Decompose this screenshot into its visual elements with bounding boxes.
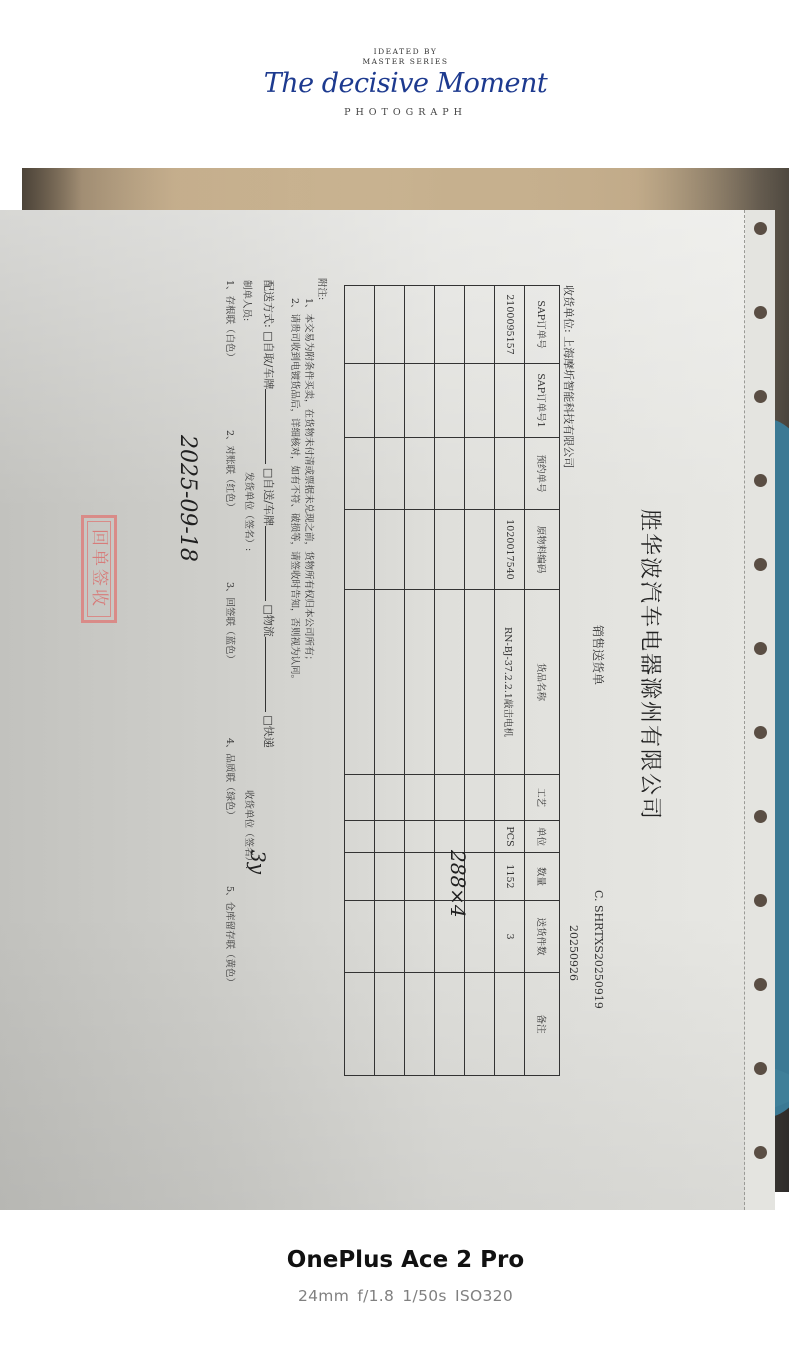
table-cell (465, 438, 495, 510)
copy-5: 5、仓库留存联（黄色） (224, 886, 238, 987)
table-header-cell: 单位 (525, 821, 560, 853)
items-table: SAP订单号SAP订单号1预约单号原物料编码货品名称工艺单位数量送货件数备注 2… (344, 285, 560, 1076)
table-cell (345, 821, 375, 853)
table-cell (465, 775, 495, 821)
table-header-cell: 送货件数 (525, 901, 560, 973)
sprocket-hole (754, 390, 767, 403)
table-cell: 3 (495, 901, 525, 973)
delivery-option-pickup: □自取/车牌 (262, 331, 275, 389)
table-cell (375, 438, 405, 510)
table-cell (345, 973, 375, 1076)
camera-exif: 24mm f/1.8 1/50s ISO320 (0, 1287, 811, 1305)
table-cell (405, 775, 435, 821)
table-row (345, 286, 375, 1076)
table-cell (435, 821, 465, 853)
table-cell (435, 364, 465, 438)
watermark-script-logo: The decisive Moment (0, 68, 811, 100)
table-cell (465, 973, 495, 1076)
table-header-cell: 工艺 (525, 775, 560, 821)
notes-label: 附注: (316, 278, 330, 300)
sprocket-hole (754, 1146, 767, 1159)
table-header-cell: 备注 (525, 973, 560, 1076)
preparer-label: 制单人员: (241, 280, 255, 321)
table-header-cell: 预约单号 (525, 438, 560, 510)
sprocket-hole (754, 978, 767, 991)
receipt-stamp: 回单签收 (81, 515, 117, 623)
table-cell (405, 364, 435, 438)
table-cell (375, 286, 405, 364)
table-cell (465, 364, 495, 438)
table-cell (405, 590, 435, 775)
document-number: C. SHRTXS20250919 (592, 890, 605, 1009)
sprocket-hole (754, 474, 767, 487)
table-cell (405, 973, 435, 1076)
table-cell (375, 821, 405, 853)
copy-1: 1、存根联（白色） (224, 280, 238, 362)
receiver-label: 收货单位: (562, 285, 575, 333)
table-cell (495, 364, 525, 438)
table-cell: 2100095157 (495, 286, 525, 364)
table-row (405, 286, 435, 1076)
table-cell: 1152 (495, 853, 525, 901)
table-cell (345, 901, 375, 973)
note-2: 2、请贵司收到电镀货品后，详细核对，如有不符、破损等，请签收时告知，否则视为认同… (289, 298, 303, 684)
watermark-line2: MASTER SERIES (0, 57, 811, 67)
receiver-name: 上海摩圻智能科技有限公司 (562, 336, 575, 468)
delivery-label: 配送方式: (262, 280, 275, 328)
table-cell (345, 438, 375, 510)
table-cell (435, 590, 465, 775)
table-cell (375, 853, 405, 901)
table-row: 21000951571020017540RN-BJ-37.2.2.1敲击电机PC… (495, 286, 525, 1076)
sprocket-hole (754, 1062, 767, 1075)
delivery-option-logistics: □物流 (262, 604, 275, 636)
table-header-cell: 货品名称 (525, 590, 560, 775)
table-cell (345, 853, 375, 901)
table-cell (435, 775, 465, 821)
watermark-photograph: PHOTOGRAPH (0, 107, 811, 118)
watermark-ideated: IDEATED BY MASTER SERIES (0, 47, 811, 67)
table-cell (465, 821, 495, 853)
table-cell (375, 364, 405, 438)
document-type: 销售送货单 (590, 610, 607, 700)
delivery-note-paper: 胜华波汽车电器滁州有限公司 销售送货单 C. SHRTXS20250919 20… (0, 210, 745, 1210)
table-cell (405, 438, 435, 510)
table-cell (405, 821, 435, 853)
table-cell (435, 973, 465, 1076)
delivery-method: 配送方式: □自取/车牌 □自送/车牌 □物流 □快递 (261, 280, 277, 748)
table-cell (405, 901, 435, 973)
table-header-cell: SAP订单号 (525, 286, 560, 364)
table-cell (345, 775, 375, 821)
copy-3: 3、回签联（蓝色） (224, 582, 238, 664)
table-cell: 1020017540 (495, 510, 525, 590)
delivery-option-self: □自送/车牌 (262, 468, 275, 526)
sprocket-hole (754, 642, 767, 655)
sender-sign-label: 发货单位（签名）: (243, 472, 257, 551)
table-row (465, 286, 495, 1076)
watermark-line1: IDEATED BY (0, 47, 811, 57)
table-cell (345, 286, 375, 364)
sprocket-hole (754, 894, 767, 907)
table-row (435, 286, 465, 1076)
table-cell (345, 590, 375, 775)
receiver-line: 收货单位: 上海摩圻智能科技有限公司 (561, 285, 577, 468)
perforation-line (744, 210, 745, 1210)
table-cell (465, 286, 495, 364)
table-header-cell: 数量 (525, 853, 560, 901)
handwritten-signature: 2025-09-18 (175, 435, 200, 562)
table-header-cell: SAP订单号1 (525, 364, 560, 438)
document-date: 20250926 (567, 925, 580, 981)
company-title: 胜华波汽车电器滁州有限公司 (636, 500, 667, 830)
table-cell (375, 510, 405, 590)
table-header-cell: 原物料编码 (525, 510, 560, 590)
table-cell (465, 510, 495, 590)
camera-model: OnePlus Ace 2 Pro (0, 1247, 811, 1273)
table-cell (405, 853, 435, 901)
table-cell (375, 973, 405, 1076)
table-cell: PCS (495, 821, 525, 853)
table-cell: RN-BJ-37.2.2.1敲击电机 (495, 590, 525, 775)
sprocket-hole (754, 558, 767, 571)
table-cell (345, 364, 375, 438)
table-cell (495, 973, 525, 1076)
note-1: 1、本交易为附条件买卖，在货物未付清或票据未兑现之前，货物所有权归本公司所有； (303, 298, 317, 665)
handwritten-initials: 3y (246, 850, 270, 874)
table-cell (435, 286, 465, 364)
table-cell (435, 510, 465, 590)
table-cell (405, 510, 435, 590)
sprocket-hole (754, 222, 767, 235)
table-row (375, 286, 405, 1076)
table-cell (435, 438, 465, 510)
table-cell (375, 775, 405, 821)
table-cell (465, 590, 495, 775)
delivery-option-express: □快递 (262, 715, 275, 747)
table-cell (405, 286, 435, 364)
copy-4: 4、品质联（绿色） (224, 738, 238, 820)
table-cell (495, 775, 525, 821)
copy-2: 2、对账联（红色） (224, 430, 238, 512)
sprocket-hole (754, 726, 767, 739)
table-cell (345, 510, 375, 590)
handwritten-quantity: 288×4 (446, 850, 470, 918)
tractor-feed-strip-top (745, 210, 775, 1210)
table-cell (495, 438, 525, 510)
sprocket-hole (754, 306, 767, 319)
table-cell (375, 901, 405, 973)
sprocket-hole (754, 810, 767, 823)
table-cell (375, 590, 405, 775)
